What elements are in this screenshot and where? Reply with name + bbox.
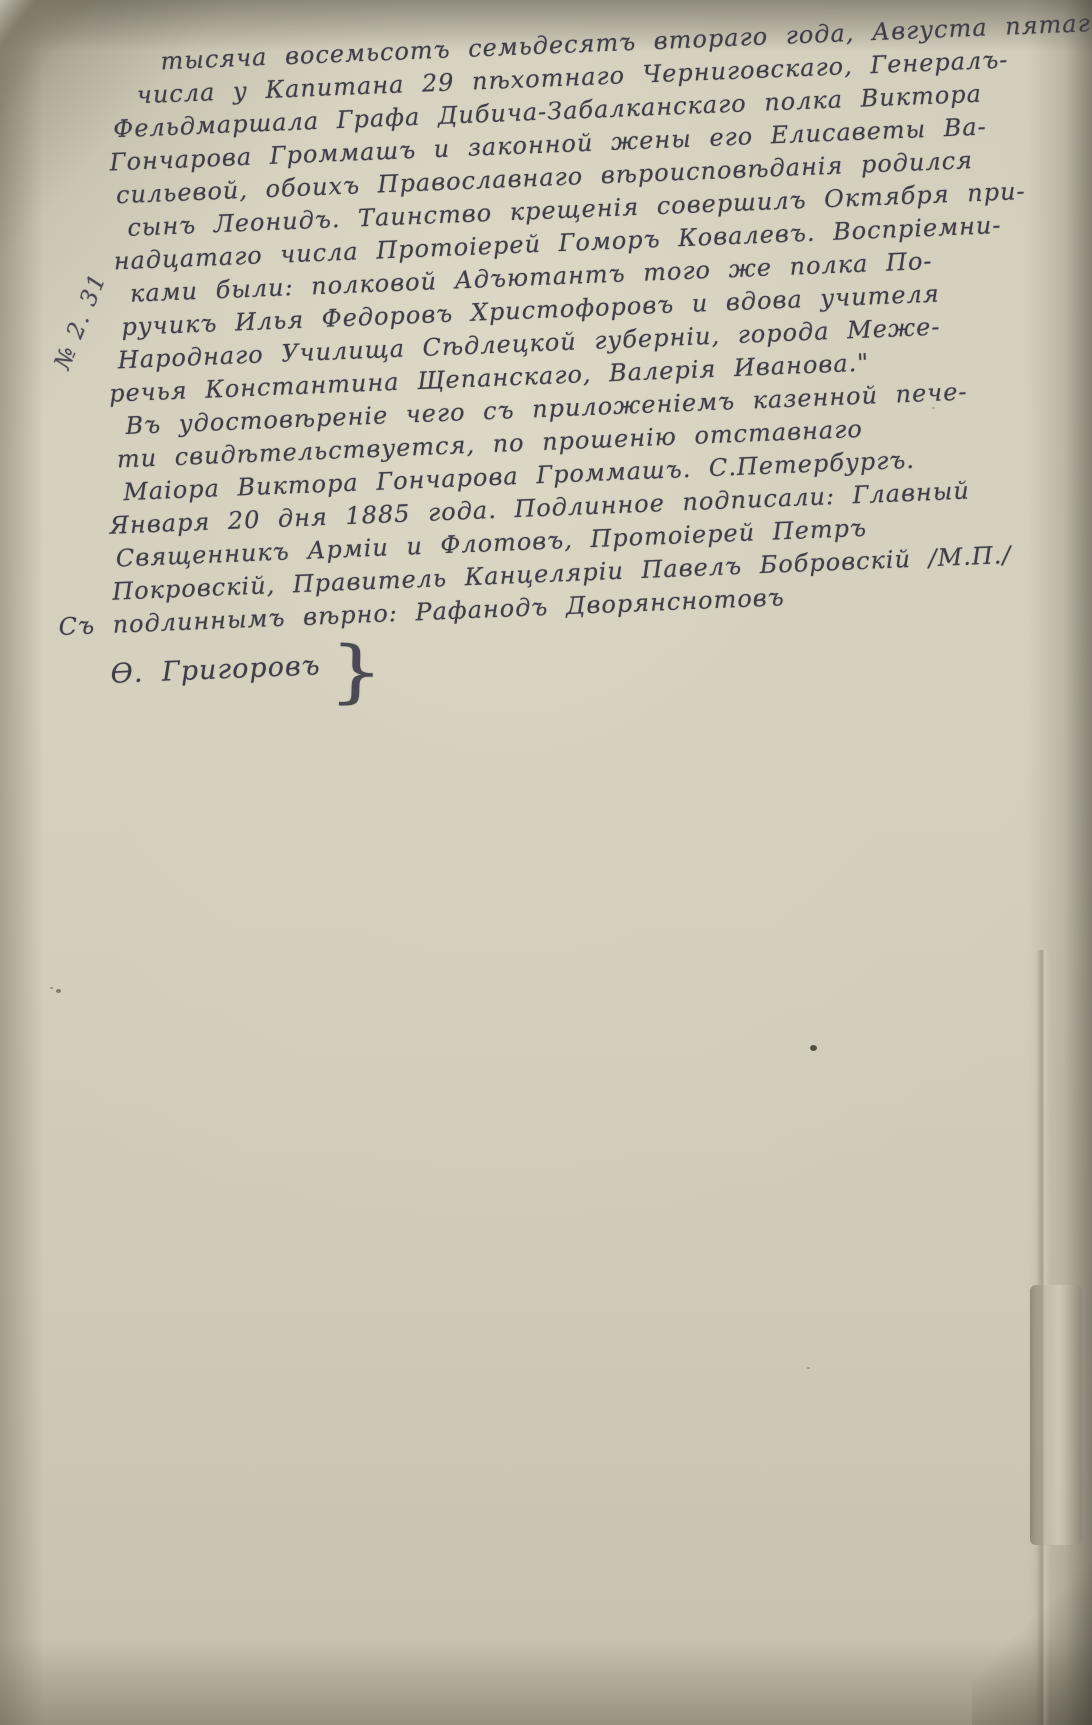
paper-fold-right	[1030, 1285, 1082, 1545]
signature-flourish: }	[329, 647, 386, 699]
margin-annotation: № 2. 31	[50, 269, 112, 373]
document-photo: № 2. 31 тысяча восемьсотъ семьдесятъ вто…	[0, 0, 1092, 1725]
handwritten-text-block: тысяча восемьсотъ семьдесятъ втораго год…	[95, 10, 1051, 708]
signature-text: Ѳ. Григоровъ	[110, 649, 321, 691]
paper-corner-shadow	[972, 1565, 1092, 1725]
paper-specks	[810, 1045, 817, 1051]
